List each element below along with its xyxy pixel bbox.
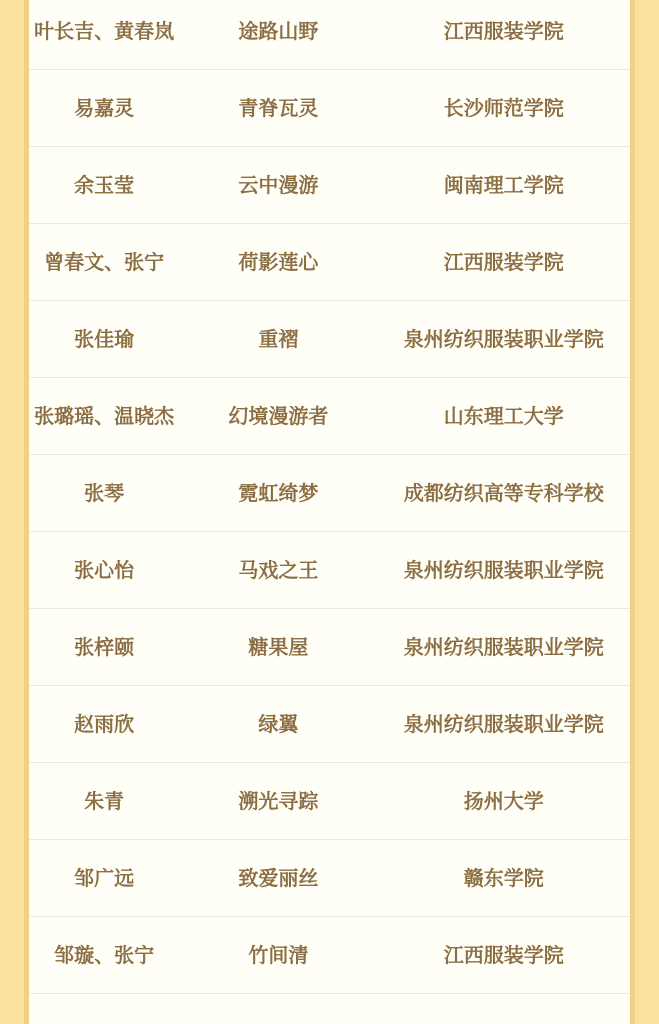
table-row: 叶长吉、黄春岚途路山野江西服装学院 (29, 0, 630, 70)
table-row: 张璐瑶、温晓杰幻境漫游者山东理工大学 (29, 378, 630, 455)
table-row: 邹璇、张宁竹间清江西服装学院 (29, 917, 630, 994)
school-cell: 泉州纺织服装职业学院 (378, 635, 630, 660)
school-cell: 长沙师范学院 (378, 96, 630, 121)
table-row: 张佳瑜重褶泉州纺织服装职业学院 (29, 301, 630, 378)
work-title-cell: 云中漫游 (179, 173, 377, 198)
entrant-name-cell: 邹广远 (29, 866, 179, 891)
school-cell: 泉州纺织服装职业学院 (378, 558, 630, 583)
table-row: 邹广远致爱丽丝赣东学院 (29, 840, 630, 917)
work-title-cell: 绿翼 (179, 712, 377, 737)
table-row: 余玉莹云中漫游闽南理工学院 (29, 147, 630, 224)
entrant-name-cell: 张琴 (29, 481, 179, 506)
entrant-name-cell: 曾春文、张宁 (29, 250, 179, 275)
school-cell: 江西服装学院 (378, 943, 630, 968)
school-cell: 赣东学院 (378, 866, 630, 891)
work-title-cell: 致爱丽丝 (179, 866, 377, 891)
winners-list-card: 叶长吉、黄春岚途路山野江西服装学院易嘉灵青脊瓦灵长沙师范学院余玉莹云中漫游闽南理… (24, 0, 635, 1024)
work-title-cell: 青脊瓦灵 (179, 96, 377, 121)
entrant-name-cell: 叶长吉、黄春岚 (29, 19, 179, 44)
table-row: 赵雨欣绿翼泉州纺织服装职业学院 (29, 686, 630, 763)
entrant-name-cell: 易嘉灵 (29, 96, 179, 121)
work-title-cell: 重褶 (179, 327, 377, 352)
entrant-name-cell: 邹璇、张宁 (29, 943, 179, 968)
entrant-name-cell: 朱青 (29, 789, 179, 814)
school-cell: 闽南理工学院 (378, 173, 630, 198)
school-cell: 山东理工大学 (378, 404, 630, 429)
table-row: 易嘉灵青脊瓦灵长沙师范学院 (29, 70, 630, 147)
school-cell: 江西服装学院 (378, 250, 630, 275)
entrant-name-cell: 余玉莹 (29, 173, 179, 198)
school-cell: 成都纺织高等专科学校 (378, 481, 630, 506)
table-row: 曾春文、张宁荷影莲心江西服装学院 (29, 224, 630, 301)
work-title-cell: 幻境漫游者 (179, 404, 377, 429)
work-title-cell: 霓虹绮梦 (179, 481, 377, 506)
work-title-cell: 竹间清 (179, 943, 377, 968)
entrant-name-cell: 张佳瑜 (29, 327, 179, 352)
work-title-cell: 糖果屋 (179, 635, 377, 660)
work-title-cell: 荷影莲心 (179, 250, 377, 275)
winners-table: 叶长吉、黄春岚途路山野江西服装学院易嘉灵青脊瓦灵长沙师范学院余玉莹云中漫游闽南理… (29, 0, 630, 994)
entrant-name-cell: 张璐瑶、温晓杰 (29, 404, 179, 429)
table-row: 张心怡马戏之王泉州纺织服装职业学院 (29, 532, 630, 609)
table-row: 张梓颐糖果屋泉州纺织服装职业学院 (29, 609, 630, 686)
work-title-cell: 溯光寻踪 (179, 789, 377, 814)
entrant-name-cell: 赵雨欣 (29, 712, 179, 737)
work-title-cell: 马戏之王 (179, 558, 377, 583)
entrant-name-cell: 张心怡 (29, 558, 179, 583)
school-cell: 泉州纺织服装职业学院 (378, 327, 630, 352)
school-cell: 江西服装学院 (378, 19, 630, 44)
table-row: 张琴霓虹绮梦成都纺织高等专科学校 (29, 455, 630, 532)
table-row: 朱青溯光寻踪扬州大学 (29, 763, 630, 840)
school-cell: 扬州大学 (378, 789, 630, 814)
school-cell: 泉州纺织服装职业学院 (378, 712, 630, 737)
entrant-name-cell: 张梓颐 (29, 635, 179, 660)
work-title-cell: 途路山野 (179, 19, 377, 44)
